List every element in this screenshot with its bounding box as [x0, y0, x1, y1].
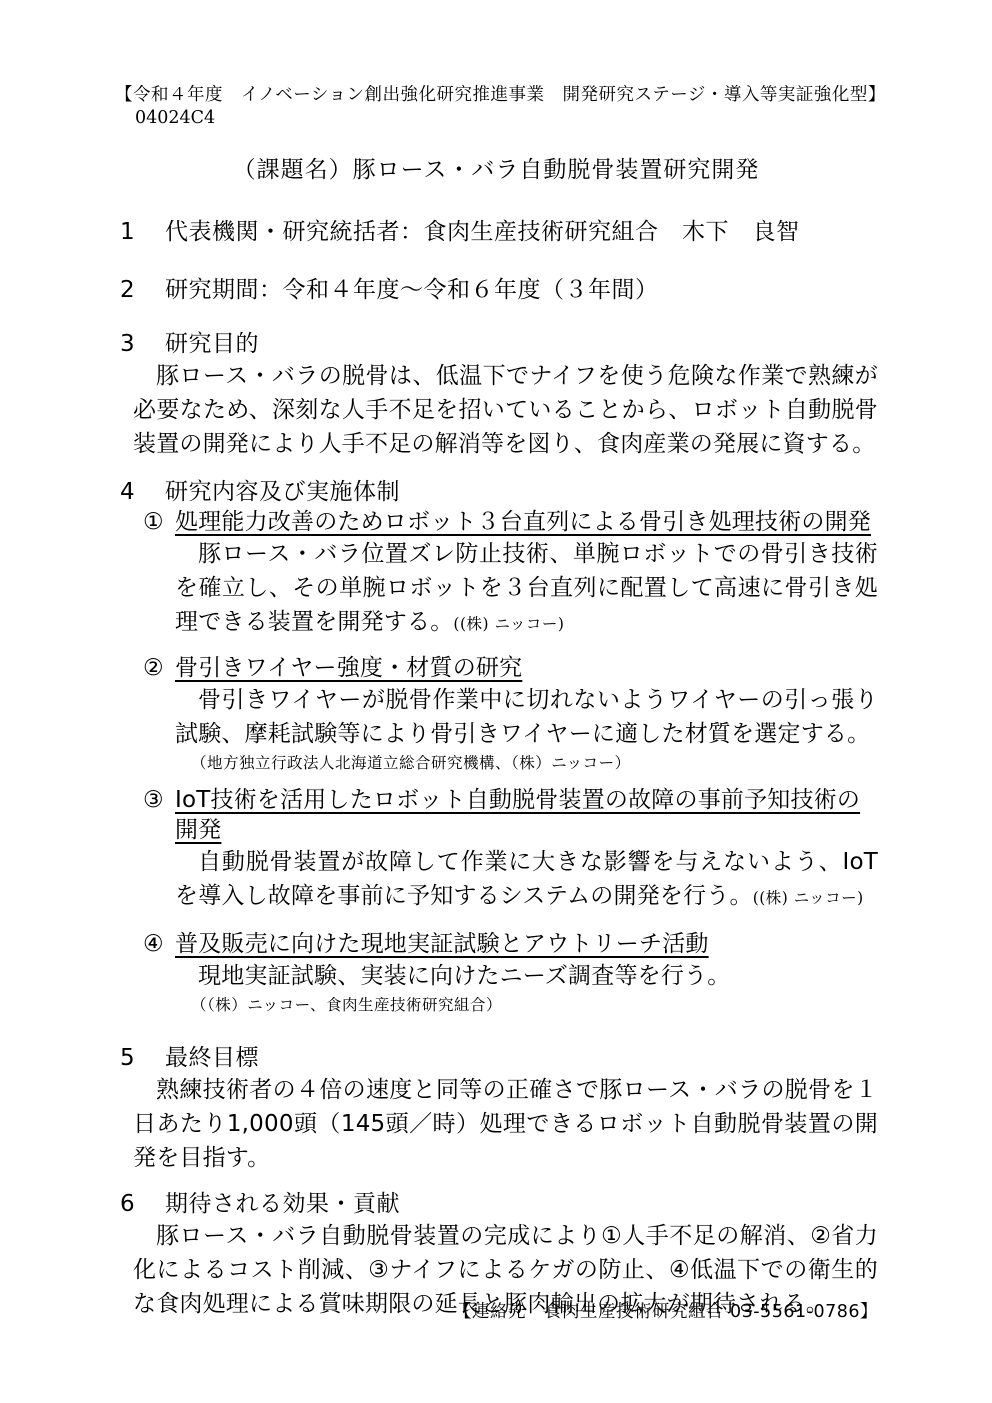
section-heading: 最終目標 [165, 1043, 878, 1073]
subitem-title: 普及販売に向けた現地実証試験とアウトリーチ活動 [175, 929, 878, 959]
org-credit: （地方独立行政法人北海道立総合研究機構、（株）ニッコー） [191, 751, 878, 775]
section-heading: 研究内容及び実施体制 [165, 477, 878, 507]
section-paragraph: 熟練技術者の４倍の速度と同等の正確さで豚ロース・バラの脱骨を１日あたり1,000… [133, 1073, 878, 1175]
subitem-title: 処理能力改善のためロボット３台直列による骨引き処理技術の開発 [175, 507, 878, 537]
subitem-marker: ② [143, 653, 175, 683]
contact-footer: 【連絡先 食肉生産技術研究組合 03-5561-0786】 [454, 1300, 878, 1324]
section-heading: 代表機関・研究統括者：食肉生産技術研究組合 木下 良智 [165, 217, 878, 247]
subitem-marker: ④ [143, 929, 175, 959]
program-header: 【令和４年度 イノベーション創出強化研究推進事業 開発研究ステージ・導入等実証強… [115, 84, 892, 107]
subitem-title: 骨引きワイヤー強度・材質の研究 [175, 653, 878, 683]
section-heading: 期待される効果・貢献 [165, 1189, 878, 1219]
section-final-goal: 5 最終目標 熟練技術者の４倍の速度と同等の正確さで豚ロース・バラの脱骨を１日あ… [0, 1043, 878, 1175]
document-page: 【令和４年度 イノベーション創出強化研究推進事業 開発研究ステージ・導入等実証強… [0, 0, 992, 1403]
project-code: 04024C4 [135, 107, 992, 130]
section-number: 2 [120, 275, 165, 305]
section-heading: 研究目的 [165, 329, 878, 359]
page-title: （課題名）豚ロース・バラ自動脱骨装置研究開発 [0, 155, 992, 185]
section-number: 5 [120, 1043, 165, 1073]
section-research-content: 4 研究内容及び実施体制 ① 処理能力改善のためロボット３台直列による骨引き処理… [0, 477, 878, 1017]
org-credit: （（株）ニッコー、食肉生産技術研究組合） [191, 993, 878, 1017]
org-credit: ((株) ニッコー) [753, 889, 864, 907]
section-number: 6 [120, 1189, 165, 1219]
subitem-body: 自動脱骨装置が故障して作業に大きな影響を与えないよう、IoTを導入し故障を事前に… [175, 845, 878, 915]
section-representative: 1 代表機関・研究統括者：食肉生産技術研究組合 木下 良智 [0, 217, 878, 247]
subitem-1: ① 処理能力改善のためロボット３台直列による骨引き処理技術の開発 豚ロース・バラ… [143, 507, 878, 641]
subitem-3: ③ IoT技術を活用したロボット自動脱骨装置の故障の事前予知技術の開発 自動脱骨… [143, 785, 878, 915]
subitem-marker: ③ [143, 785, 175, 845]
subitem-2: ② 骨引きワイヤー強度・材質の研究 骨引きワイヤーが脱骨作業中に切れないようワイ… [143, 653, 878, 775]
section-objective: 3 研究目的 豚ロース・バラの脱骨は、低温下でナイフを使う危険な作業で熟練が必要… [0, 329, 878, 461]
document-header: 【令和４年度 イノベーション創出強化研究推進事業 開発研究ステージ・導入等実証強… [0, 0, 992, 130]
section-number: 1 [120, 217, 165, 247]
section-heading: 研究期間：令和４年度～令和６年度（３年間） [165, 275, 878, 305]
section-number: 3 [120, 329, 165, 359]
subitem-body: 豚ロース・バラ位置ズレ防止技術、単腕ロボットでの骨引き技術を確立し、その単腕ロボ… [175, 537, 878, 641]
org-credit: ((株) ニッコー) [453, 615, 564, 633]
section-period: 2 研究期間：令和４年度～令和６年度（３年間） [0, 275, 878, 305]
subitem-body: 現地実証試験、実装に向けたニーズ調査等を行う。 [175, 959, 878, 993]
subitem-4: ④ 普及販売に向けた現地実証試験とアウトリーチ活動 現地実証試験、実装に向けたニ… [143, 929, 878, 1017]
subitem-marker: ① [143, 507, 175, 537]
subitem-title: IoT技術を活用したロボット自動脱骨装置の故障の事前予知技術の開発 [175, 785, 878, 845]
section-paragraph: 豚ロース・バラの脱骨は、低温下でナイフを使う危険な作業で熟練が必要なため、深刻な… [133, 359, 878, 461]
subitem-body: 骨引きワイヤーが脱骨作業中に切れないようワイヤーの引っ張り試験、摩耗試験等により… [175, 683, 878, 751]
section-number: 4 [120, 477, 165, 507]
